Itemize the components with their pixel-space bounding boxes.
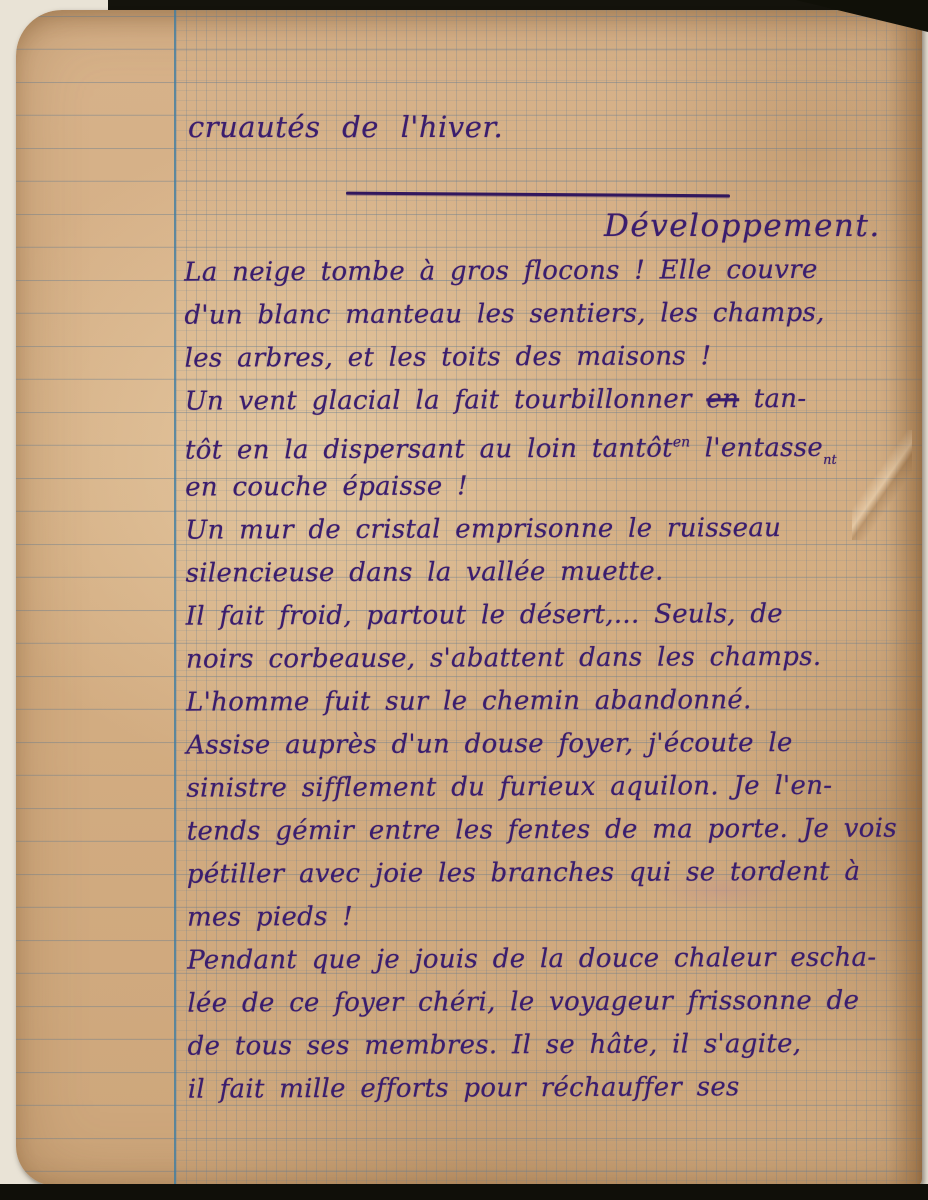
line-segment: l'entasse [690,433,823,464]
handwritten-line: sinistre sifflement du furieux aquilon. … [186,764,928,810]
margin-line [174,10,176,1186]
handwritten-line: tends gémir entre les fentes de ma porte… [187,807,928,853]
handwritten-line: Pendant que je jouis de la douce chaleur… [187,936,928,982]
handwritten-line: d'un blanc manteau les sentiers, les cha… [184,291,926,337]
section-title: Développement. [604,208,881,244]
handwritten-line: lée de ce foyer chéri, le voyageur friss… [187,979,928,1025]
handwritten-line: Assise auprès d'un douse foyer, j'écoute… [186,721,928,767]
notebook-page: cruautés de l'hiver. Développement. La n… [16,10,922,1186]
handwritten-line-with-strikethrough: Un vent glacial la fait tourbillonner en… [185,377,927,423]
handwritten-line: La neige tombe à gros flocons ! Elle cou… [184,248,926,294]
struck-word: en [706,384,739,414]
handwritten-line-with-insertion: tôt en la dispersant au loin tantôten l'… [185,420,927,466]
handwritten-line: mes pieds ! [187,893,928,939]
line-segment: tôt en la dispersant au loin tantôt [185,433,673,465]
handwritten-line: les arbres, et les toits des maisons ! [185,334,927,380]
heading-line: cruautés de l'hiver. [188,110,503,144]
line-segment: Un vent glacial la fait tourbillonner [185,384,707,416]
handwritten-line: noirs corbeause, s'abattent dans les cha… [186,635,928,681]
handwritten-line: en couche épaisse ! [185,463,927,509]
scanner-background-bottom [0,1184,928,1200]
line-segment: tan- [739,384,806,414]
handwritten-line: de tous ses membres. Il se hâte, il s'ag… [188,1022,928,1068]
handwritten-line: silencieuse dans la vallée muette. [185,549,927,595]
scanned-notebook-photo: { "meta": { "description": "Old French s… [0,0,928,1200]
handwritten-line: pétiller avec joie les branches qui se t… [187,850,928,896]
handwritten-line: L'homme fuit sur le chemin abandonné. [186,678,928,724]
handwritten-line: Un mur de cristal emprisonne le ruisseau [185,506,927,552]
superscript-insertion: en [673,434,690,450]
handwritten-body: La neige tombe à gros flocons ! Elle cou… [184,248,928,1111]
edge-overflow-letters: nt [823,453,837,468]
handwritten-line: il fait mille efforts pour réchauffer se… [188,1065,928,1111]
handwritten-line: Il fait froid, partout le désert,... Seu… [186,592,928,638]
